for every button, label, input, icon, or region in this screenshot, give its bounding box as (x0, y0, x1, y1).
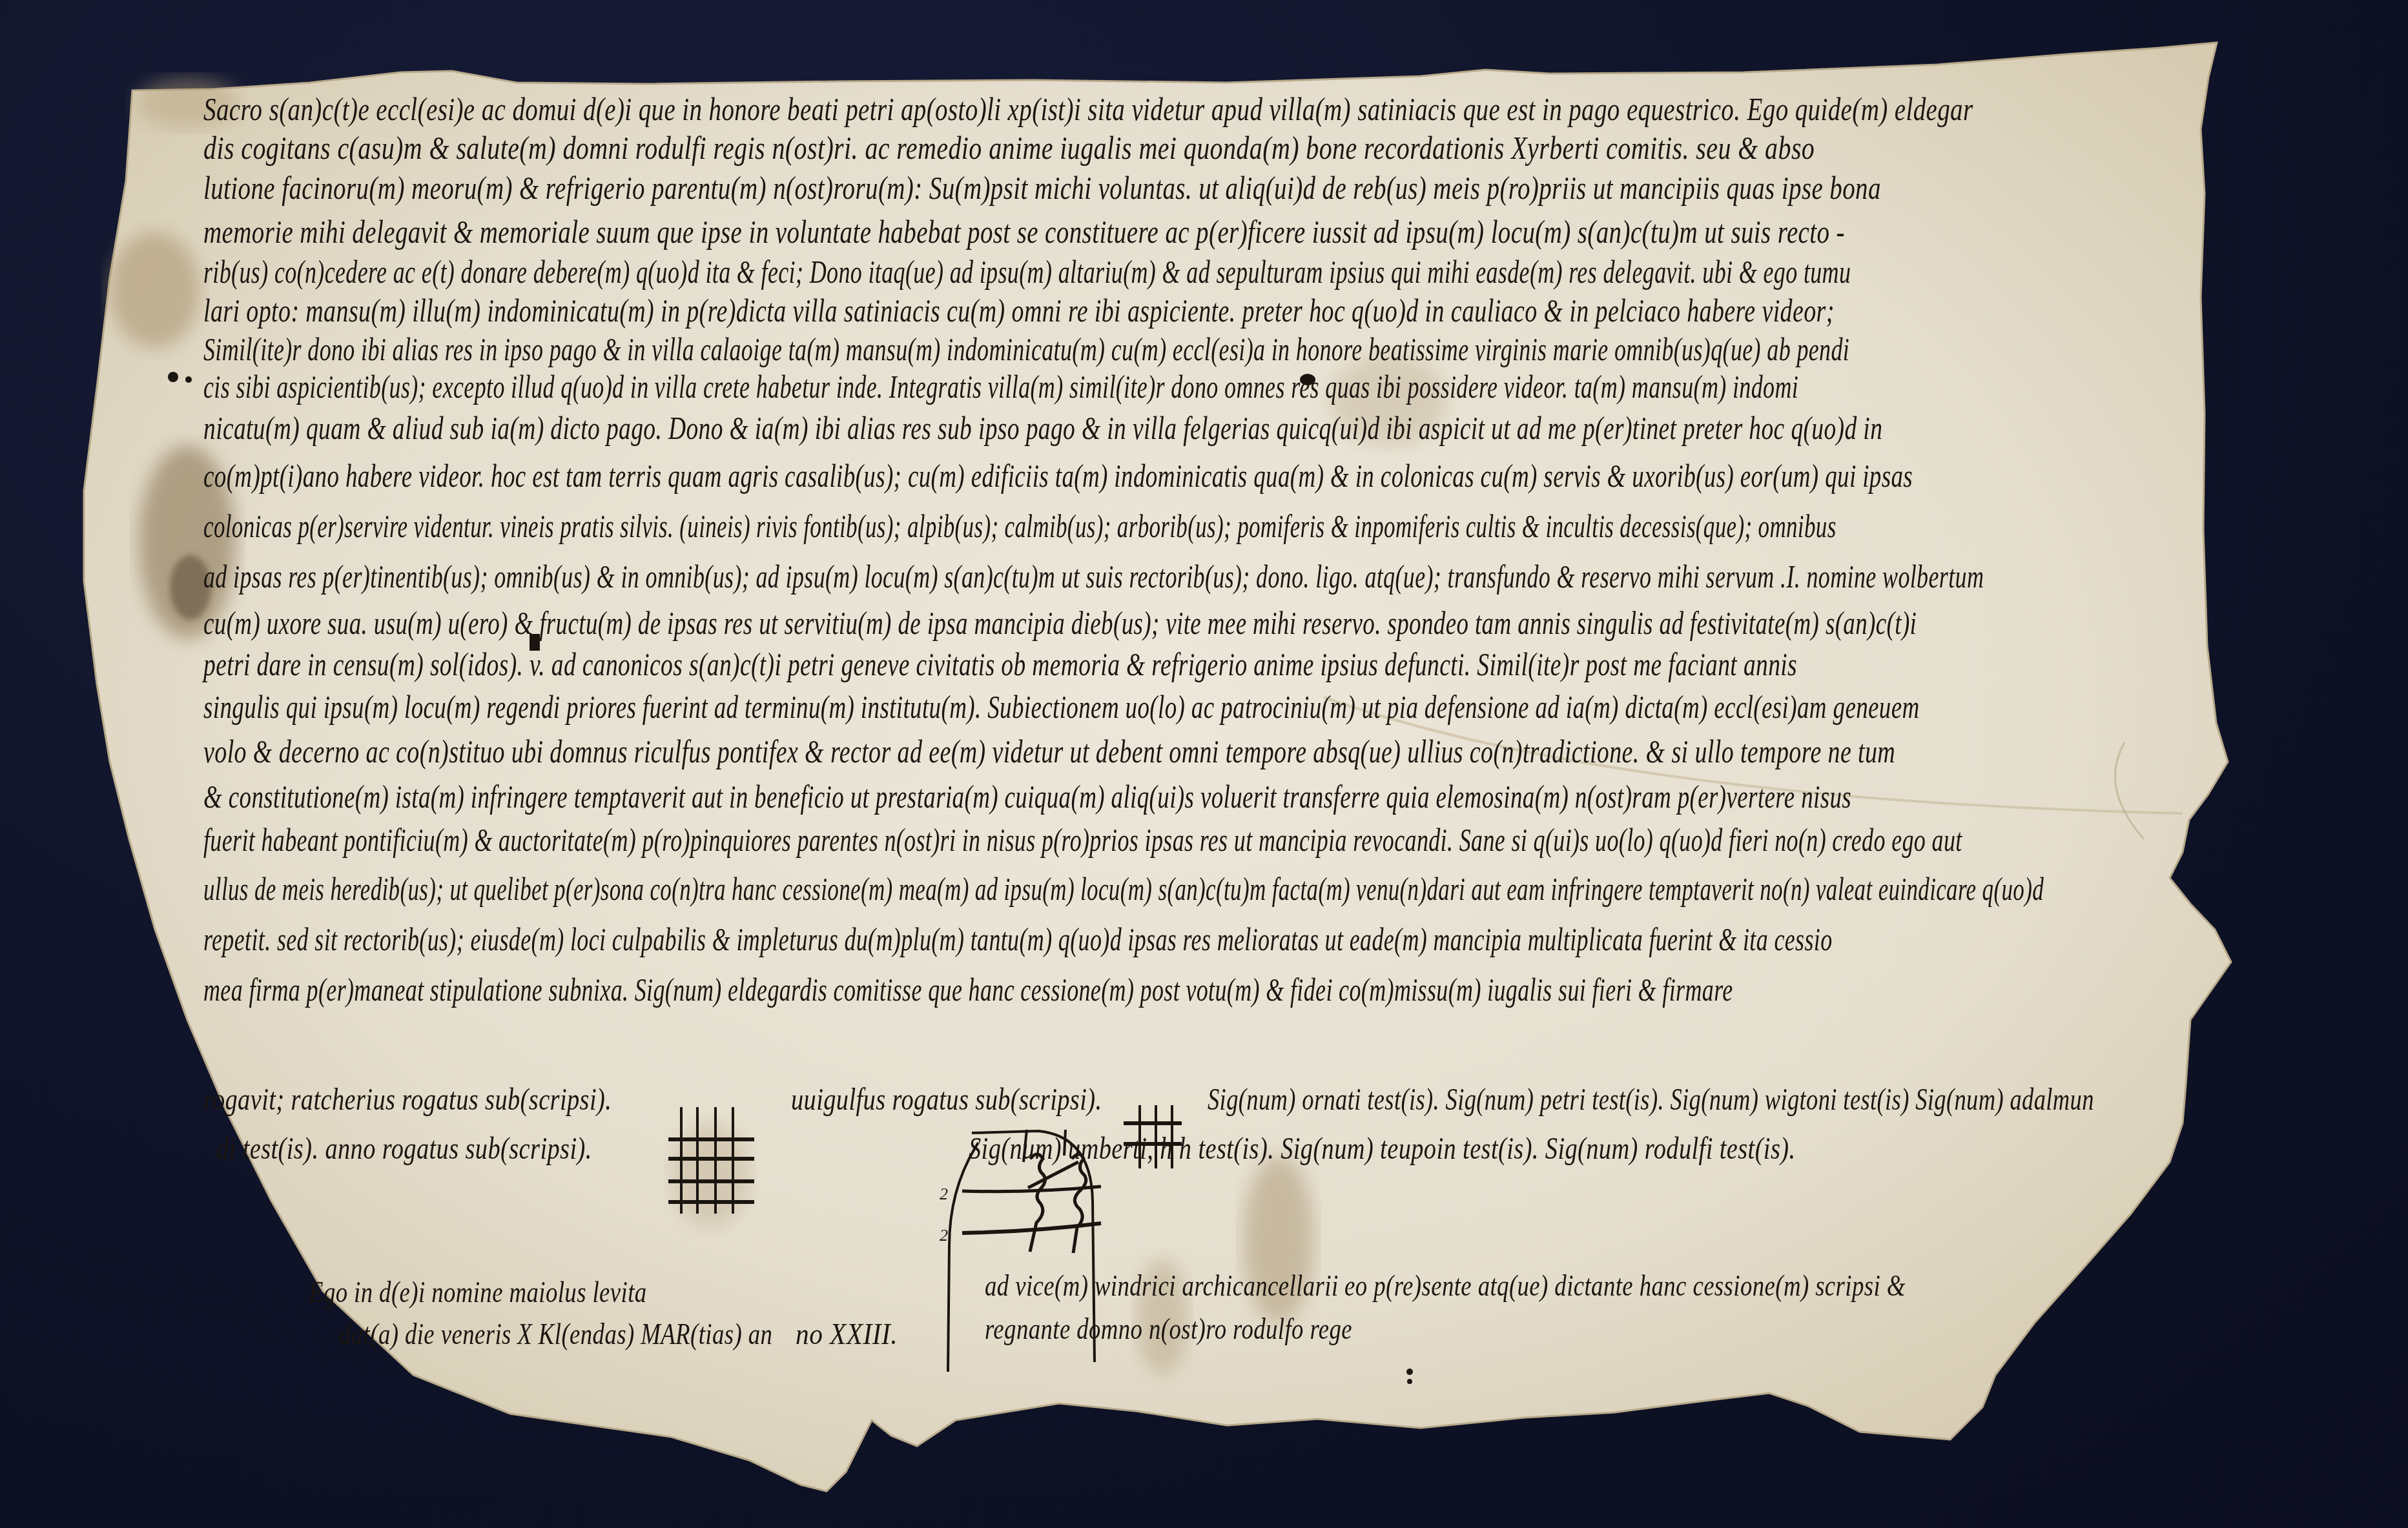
text-line-8: cis sibi aspicientib(us); excepto illud … (203, 368, 1798, 405)
witness-signs-line1: Sig(num) ornati test(is). Sig(num) petri… (1208, 1082, 2094, 1117)
text-line-12: ad ipsas res p(er)tinentib(us); omnib(us… (203, 558, 1984, 595)
text-line-18: fuerit habeant pontificiu(m) & auctorita… (203, 821, 1962, 859)
text-line-9: nicatu(m) quam & aliud sub ia(m) dicto p… (203, 409, 1882, 447)
regnal-year: no XXIII. (796, 1317, 898, 1351)
text-line-6: lari opto: mansu(m) illu(m) indominicatu… (203, 292, 1835, 329)
text-line-14: petri dare in censu(m) sol(idos). v. ad … (203, 646, 1797, 683)
chancellor-line1: ad vice(m) windrici archicancellarii eo … (985, 1268, 1906, 1303)
text-line-15: singulis qui ipsu(m) locu(m) regendi pri… (203, 688, 1920, 726)
text-line-3: lutione facinoru(m) meoru(m) & refrigeri… (203, 169, 1881, 207)
charter-text: Sacro s(an)c(t)e eccl(esi)e ac domui d(e… (0, 0, 2408, 1528)
text-line-17: & constitutione(m) ista(m) infringere te… (203, 778, 1851, 815)
text-line-10: co(m)pt(i)ano habere videor. hoc est tam… (203, 457, 1913, 494)
text-line-7: Simil(ite)r dono ibi alias res in ipso p… (203, 331, 1849, 368)
chancellor-line2: regnante domno n(ost)ro rodulfo rege (985, 1312, 1352, 1346)
text-line-2: dis cogitans c(asu)m & salute(m) domni r… (203, 129, 1815, 167)
text-line-11: colonicas p(er)servire videntur. vineis … (203, 507, 1837, 545)
text-line-20: repetit. sed sit rectorib(us); eiusde(m)… (203, 921, 1833, 958)
scribe-maiolus-line2: dat(a) die veneris X Kl(endas) MAR(tias)… (339, 1317, 772, 1351)
scribe-maiolus-line1: Ego in d(e)i nomine maiolus levita (309, 1275, 647, 1309)
signature-ratcherius: rogavit; ratcherius rogatus sub(scripsi)… (203, 1082, 612, 1117)
signature-anno: di test(is). anno rogatus sub(scripsi). (216, 1131, 592, 1166)
text-line-5: rib(us) co(n)cedere ac e(t) donare deber… (203, 253, 1851, 290)
text-line-16: volo & decerno ac co(n)stituo ubi domnus… (203, 733, 1895, 770)
signature-uuigulfus: uuigulfus rogatus sub(scripsi). (791, 1082, 1102, 1117)
text-line-13: cu(m) uxore sua. usu(m) u(ero) & fructu(… (203, 604, 1917, 642)
text-line-21: mea firma p(er)maneat stipulatione subni… (203, 971, 1733, 1008)
witness-signs-line2: Sig(num) umberti, h h test(is). Sig(num)… (969, 1131, 1795, 1166)
text-line-4: memorie mihi delegavit & memoriale suum … (203, 213, 1845, 250)
text-line-1: Sacro s(an)c(t)e eccl(esi)e ac domui d(e… (203, 90, 1973, 128)
text-line-19: ullus de meis heredib(us); ut quelibet p… (203, 870, 2044, 908)
